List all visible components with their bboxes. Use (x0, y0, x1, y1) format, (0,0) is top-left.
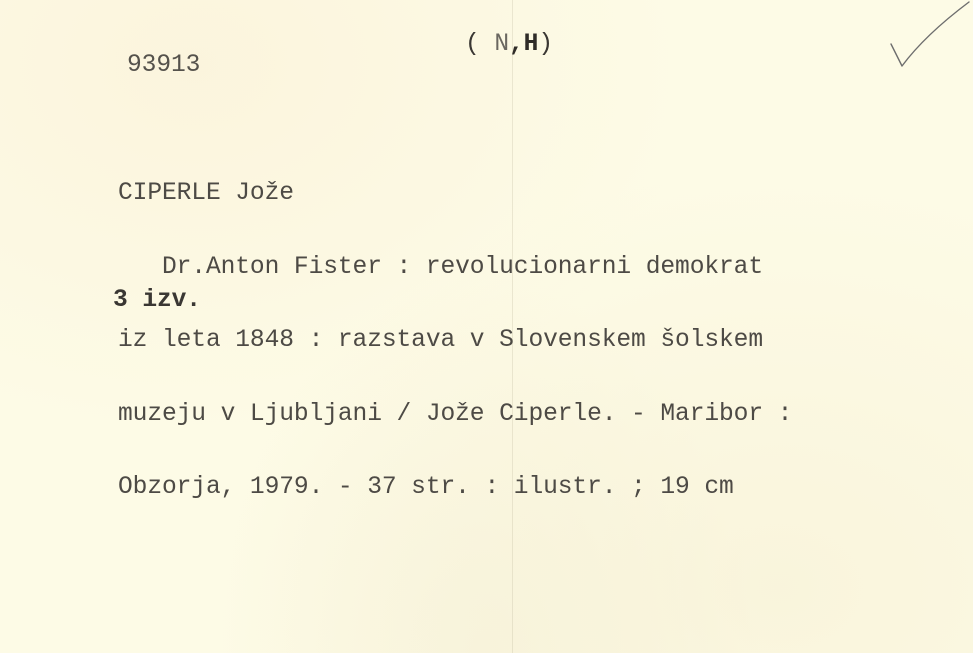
location-comma: , (509, 31, 524, 58)
entry-line: iz leta 1848 : razstava v Slovenskem šol… (118, 329, 792, 354)
location-h: H (524, 31, 539, 58)
location-close: ) (538, 31, 553, 58)
entry-line: Obzorja, 1979. - 37 str. : ilustr. ; 19 … (118, 476, 792, 501)
bibliographic-entry: CIPERLE Jože Dr.Anton Fister : revolucio… (118, 133, 792, 550)
location-open: ( (465, 31, 494, 58)
accession-number: 93913 (127, 54, 200, 79)
copies-count: 3 izv. (113, 289, 201, 314)
entry-line: muzeju v Ljubljani / Jože Ciperle. - Mar… (118, 403, 792, 428)
location-n: N (494, 31, 509, 58)
location-code: ( N,H) (465, 33, 553, 58)
author-heading: CIPERLE Jože (118, 182, 792, 207)
checkmark-icon (885, 0, 973, 72)
entry-line: Dr.Anton Fister : revolucionarni demokra… (118, 256, 792, 281)
